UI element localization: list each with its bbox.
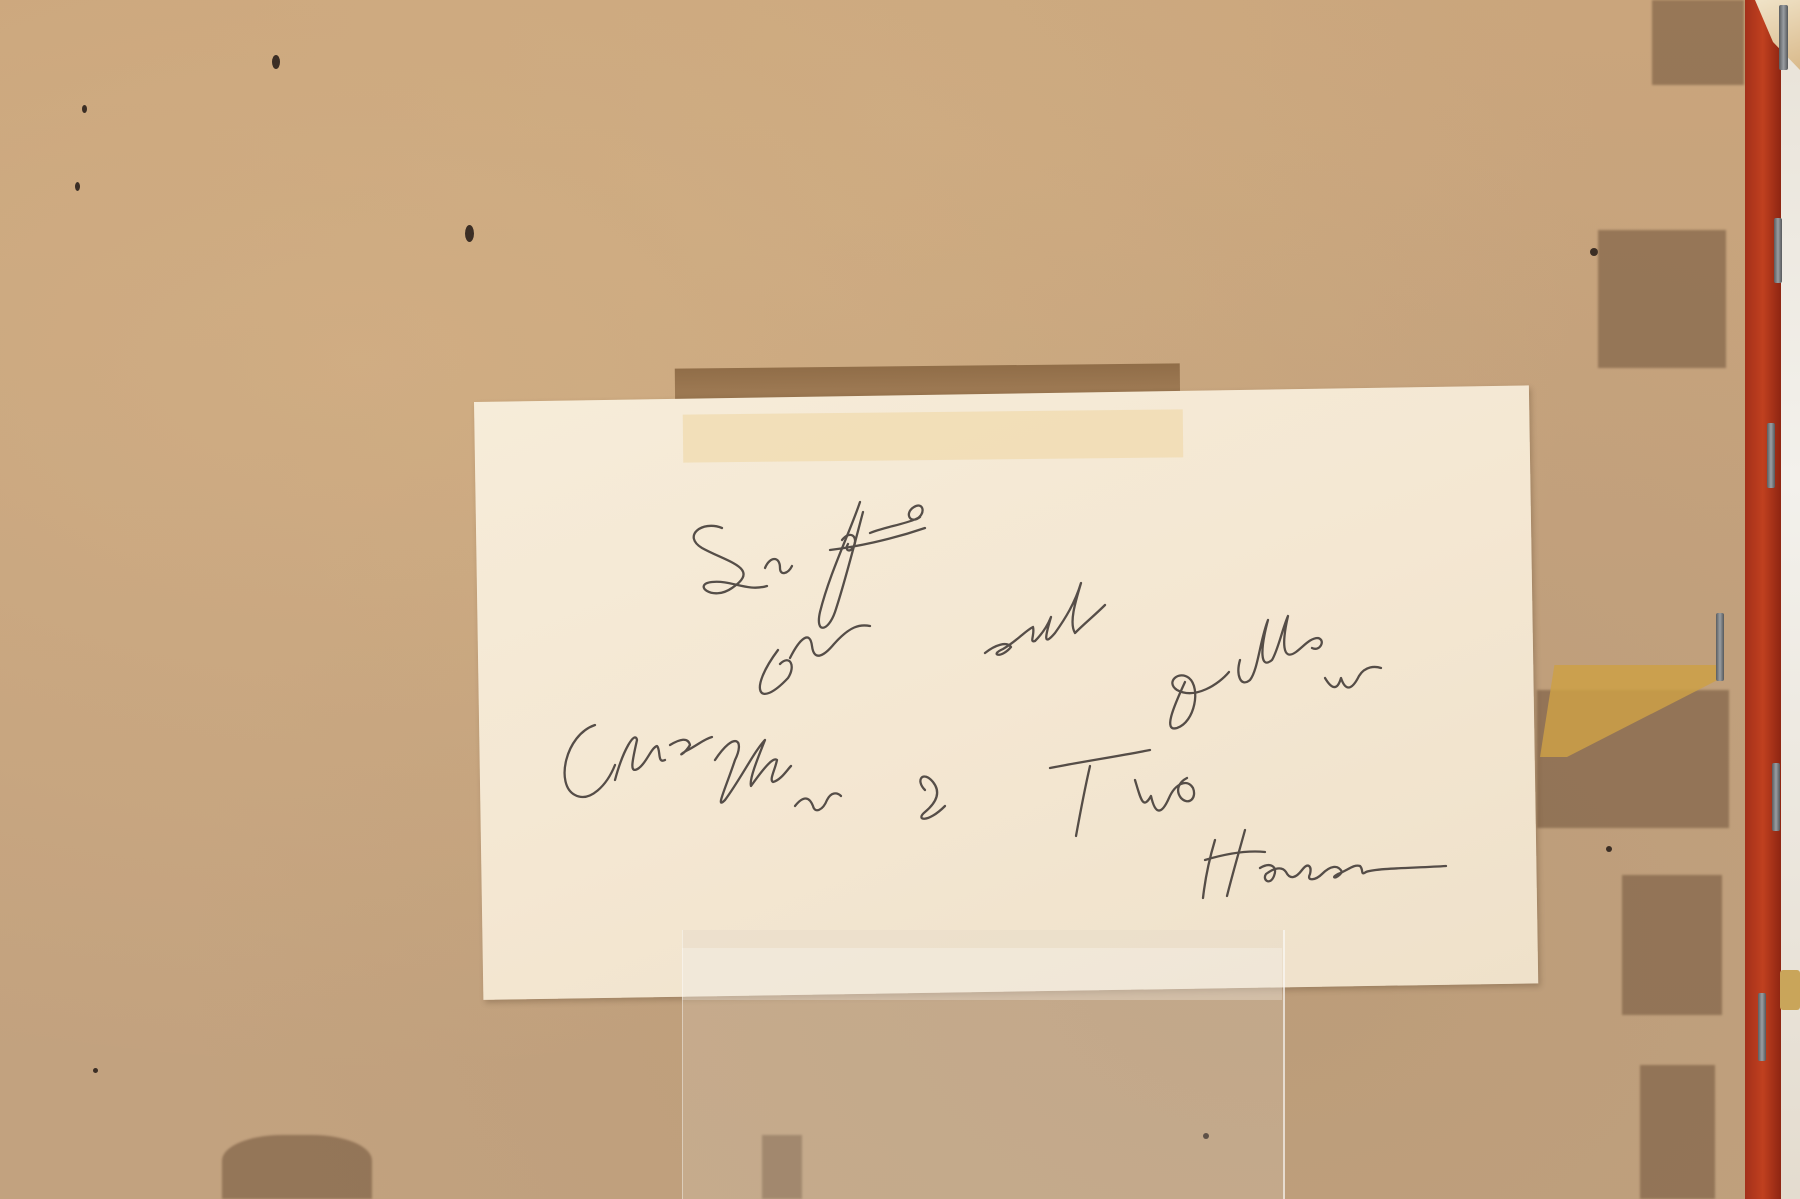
note-text: In foto Chinese on silk pillow Man & Two… xyxy=(560,500,1460,920)
staple xyxy=(1774,218,1782,283)
canvas-edge-strip xyxy=(1781,0,1800,1199)
speck xyxy=(75,182,80,191)
staple xyxy=(1779,5,1788,70)
speck xyxy=(1606,846,1612,852)
speck xyxy=(465,225,474,242)
staple xyxy=(1772,763,1780,831)
speck xyxy=(93,1068,98,1073)
clear-tape-overlap xyxy=(682,948,1282,1000)
note-line-2: Chinese on silk pillow xyxy=(560,700,571,701)
speck xyxy=(82,105,87,113)
note-line-3: Man & Two xyxy=(710,770,716,771)
tape-stain-bottom-left xyxy=(222,1135,372,1199)
tape-stain-right-upper xyxy=(1598,230,1726,368)
tape-stain-right-lower xyxy=(1622,875,1722,1015)
tape-stain-top-right xyxy=(1652,0,1744,85)
translucent-tape-on-note xyxy=(683,409,1183,462)
metal-clip xyxy=(1780,970,1800,1010)
note-line-4: Horses xyxy=(1200,850,1204,851)
staple xyxy=(1767,423,1775,488)
staple xyxy=(1716,613,1724,681)
tape-stain-right-bottom xyxy=(1640,1065,1715,1199)
speck xyxy=(1590,248,1598,256)
note-line-1: In foto xyxy=(720,520,723,521)
speck xyxy=(272,55,280,69)
staple xyxy=(1758,993,1766,1061)
